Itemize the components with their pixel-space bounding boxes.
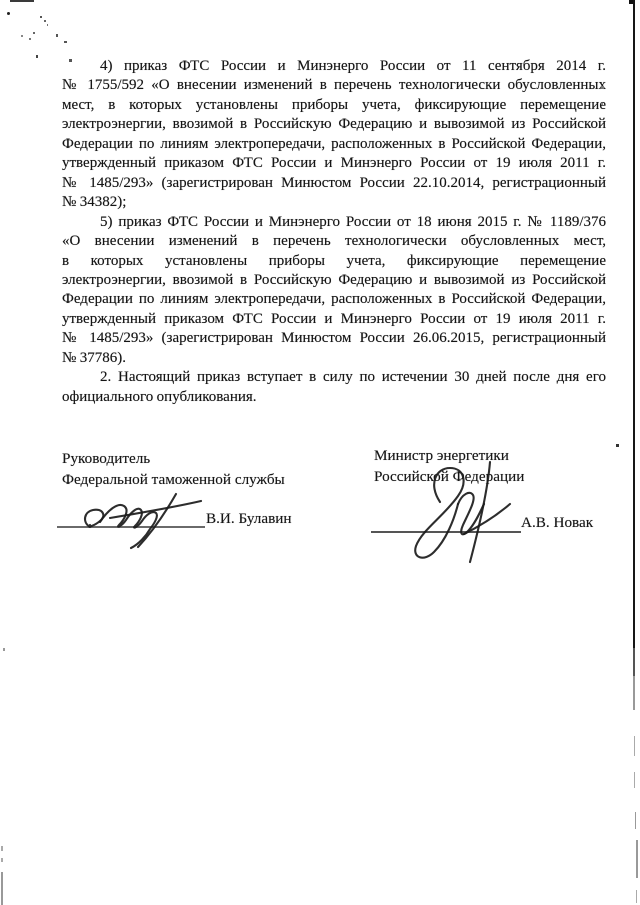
text-line: № 1485/293» (зарегистрирован Минюстом Ро…: [62, 329, 606, 348]
scan-speck: [64, 41, 67, 43]
text-line: утвержденный приказом ФТС России и Минэн…: [62, 154, 606, 173]
text-line: 5) приказ ФТС России и Минэнерго России …: [62, 213, 606, 232]
paragraph-clause-4: 4) приказ ФТС России и Минэнерго России …: [62, 57, 606, 213]
left-signatory-title-line2: Федеральной таможенной службы: [62, 470, 285, 490]
text-line: электроэнергии, ввозимой в Российскую Фе…: [62, 271, 606, 290]
text-line: официального опубликования.: [62, 388, 606, 407]
scan-speck: [21, 35, 23, 37]
scan-speck: [36, 55, 38, 58]
scan-speck: [3, 648, 5, 651]
scan-speck: [29, 38, 31, 40]
paragraph-clause-5: 5) приказ ФТС России и Минэнерго России …: [62, 213, 606, 369]
signature-novak-image: [398, 462, 523, 567]
scan-speck: [7, 12, 10, 15]
text-line: в которых установлены приборы учета, фик…: [62, 252, 606, 271]
text-line: утвержденный приказом ФТС России и Минэн…: [62, 310, 606, 329]
text-line: № 1755/592 «О внесении изменений в переч…: [62, 76, 606, 95]
text-line: № 37786).: [62, 349, 606, 368]
left-signatory-title-line1: Руководитель: [62, 449, 150, 469]
text-line: № 1485/293» (зарегистрирован Минюстом Ро…: [62, 174, 606, 193]
scan-edge-artifact: [1, 858, 3, 862]
left-signatory-name: В.И. Булавин: [206, 509, 292, 529]
right-signatory-name: А.В. Новак: [521, 513, 593, 533]
scan-speck: [601, 86, 604, 89]
scan-edge-artifact: [636, 840, 638, 878]
scan-speck: [69, 59, 72, 62]
scan-edge-artifact: [633, 0, 635, 648]
scan-edge-artifact: [636, 890, 637, 903]
text-line: «О внесении изменений в перечень техноло…: [62, 232, 606, 251]
scan-edge-artifact: [1, 872, 3, 905]
text-line: № 34382);: [62, 193, 606, 212]
scan-speck: [56, 34, 58, 37]
scan-speck: [616, 444, 619, 447]
scan-speck: [33, 32, 35, 34]
scan-edge-artifact: [634, 736, 635, 756]
text-line: электроэнергии, ввозимой в Российскую Фе…: [62, 115, 606, 134]
scan-speck: [601, 103, 603, 105]
text-line: Федерации по линиям электропередачи, рас…: [62, 290, 606, 309]
scan-edge-artifact: [633, 676, 635, 710]
paragraph-effective-date: 2. Настоящий приказ вступает в силу по и…: [62, 368, 606, 407]
scan-edge-artifact: [1, 846, 3, 851]
scan-speck: [10, 0, 34, 2]
text-line: Федерации по линиям электропередачи, рас…: [62, 135, 606, 154]
scan-speck: [47, 24, 48, 26]
text-line: 4) приказ ФТС России и Минэнерго России …: [62, 57, 606, 76]
document-body: 4) приказ ФТС России и Минэнерго России …: [62, 57, 606, 407]
text-line: 2. Настоящий приказ вступает в силу по и…: [62, 368, 606, 387]
scanned-document-page: 4) приказ ФТС России и Минэнерго России …: [0, 0, 640, 905]
scan-edge-artifact: [634, 772, 635, 788]
scan-edge-artifact: [635, 812, 636, 829]
scan-speck: [40, 16, 42, 18]
text-line: мест, в которых установлены приборы учет…: [62, 96, 606, 115]
signature-bulavin-image: [80, 492, 214, 554]
scan-edge-artifact: [633, 648, 635, 676]
scan-speck: [44, 20, 46, 22]
